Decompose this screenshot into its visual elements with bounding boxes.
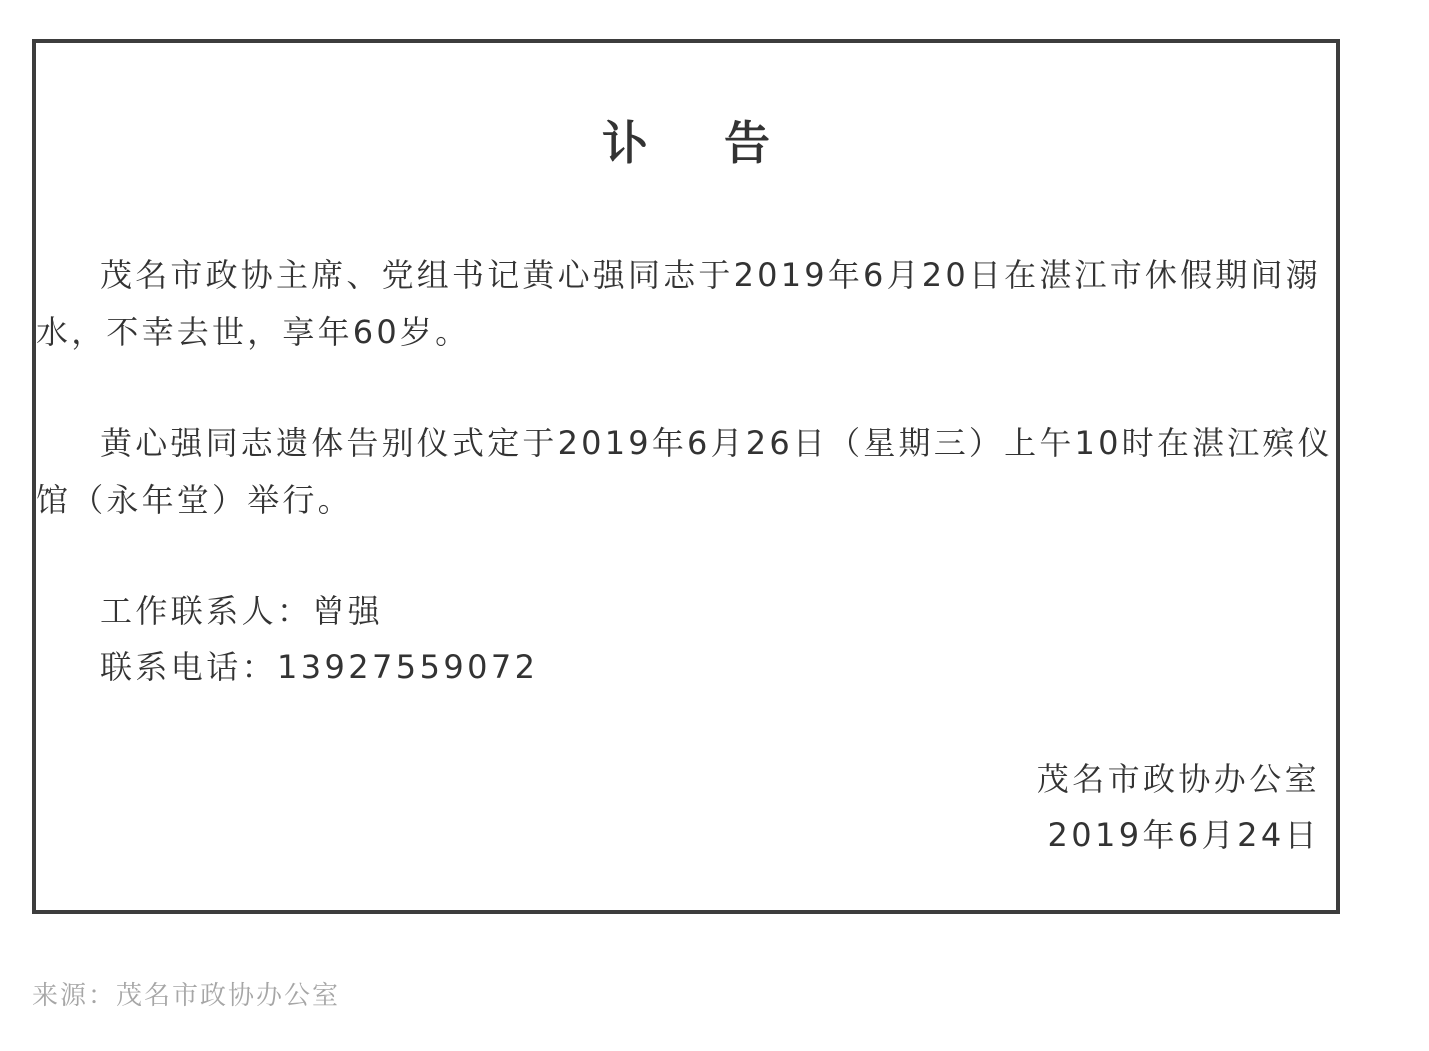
notice-title: 讣 告 (36, 115, 1336, 171)
signature-organization: 茂名市政协办公室 (1037, 751, 1320, 807)
contact-phone-line: 联系电话：13927559072 (100, 639, 538, 695)
notice-paragraph-farewell-ceremony: 黄心强同志遗体告别仪式定于2019年6月26日（星期三）上午10时在湛江殡仪馆（… (36, 415, 1336, 529)
contact-person-value: 曾强 (312, 592, 383, 630)
obituary-notice-box: 讣 告 茂名市政协主席、党组书记黄心强同志于2019年6月20日在湛江市休假期间… (32, 39, 1340, 914)
notice-paragraph-death: 茂名市政协主席、党组书记黄心强同志于2019年6月20日在湛江市休假期间溺水，不… (36, 247, 1336, 361)
signature-date: 2019年6月24日 (1047, 807, 1320, 863)
source-value: 茂名市政协办公室 (116, 981, 340, 1011)
source-line: 来源：茂名市政协办公室 (32, 978, 340, 1014)
contact-person-line: 工作联系人：曾强 (100, 583, 383, 639)
contact-person-label: 工作联系人： (100, 592, 312, 630)
contact-phone-label: 联系电话： (100, 648, 277, 686)
contact-phone-value: 13927559072 (277, 648, 538, 686)
source-label: 来源： (32, 981, 116, 1011)
